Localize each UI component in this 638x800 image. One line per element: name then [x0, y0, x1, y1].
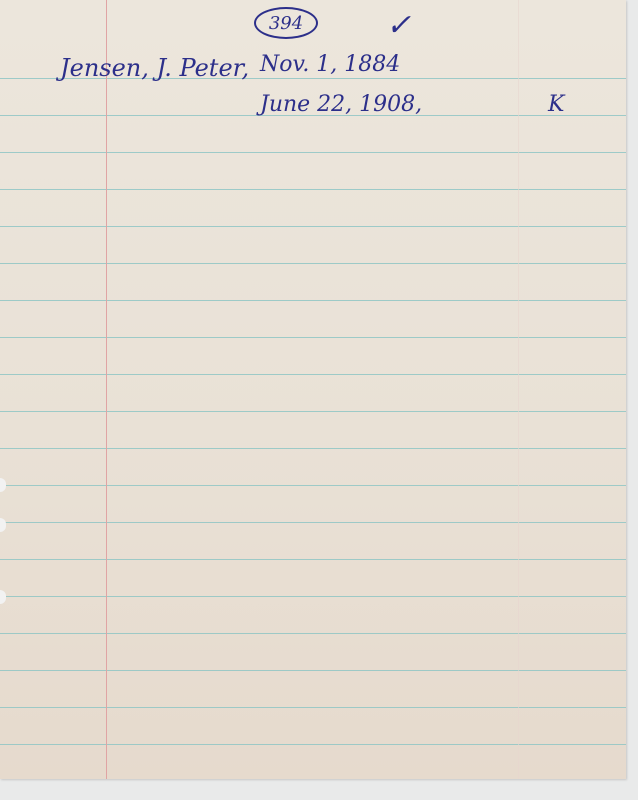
faint-vertical-line	[518, 0, 519, 779]
checkmark-icon: ✓	[386, 8, 411, 43]
ruled-line	[0, 300, 626, 301]
ruled-line	[0, 744, 626, 745]
ruled-line	[0, 411, 626, 412]
entry-mark: K	[548, 92, 564, 117]
ruled-line	[0, 448, 626, 449]
lined-paper-sheet: 394 ✓ Jensen, J. Peter, Nov. 1, 1884 Jun…	[0, 0, 626, 779]
ruled-line	[0, 374, 626, 375]
ruled-line	[0, 707, 626, 708]
entry-second-date: June 22, 1908,	[260, 92, 422, 117]
ruled-line	[0, 596, 626, 597]
page-number: 394	[269, 13, 303, 34]
binding-tear	[0, 518, 6, 532]
ruled-line	[0, 633, 626, 634]
page-number-circle: 394	[254, 7, 318, 39]
ruled-line	[0, 226, 626, 227]
ruled-line	[0, 263, 626, 264]
entry-name: Jensen, J. Peter,	[60, 54, 249, 82]
ruled-line	[0, 670, 626, 671]
ruled-line	[0, 485, 626, 486]
entry-birth-date: Nov. 1, 1884	[260, 52, 400, 77]
ruled-line	[0, 152, 626, 153]
margin-line	[106, 0, 107, 779]
ruled-line	[0, 559, 626, 560]
ruled-line	[0, 337, 626, 338]
ruled-line	[0, 189, 626, 190]
binding-tear	[0, 478, 6, 492]
binding-tear	[0, 590, 6, 604]
ruled-line	[0, 522, 626, 523]
